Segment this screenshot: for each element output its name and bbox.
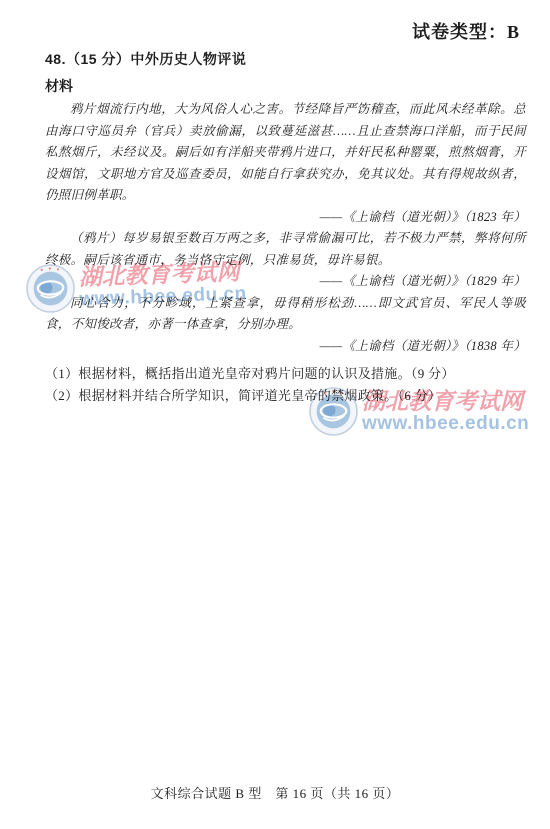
question-block: 48.（15 分）中外历史人物评说 材料 鸦片烟流行内地，大为风俗人心之害。节经…: [45, 49, 526, 407]
material-source: ——《上谕档（道光朝）》（1823 年）: [45, 207, 526, 229]
question-title: 48.（15 分）中外历史人物评说: [45, 49, 526, 69]
sub-question-2: （2）根据材料并结合所学知识，简评道光皇帝的禁烟政策。（6 分）: [45, 385, 526, 407]
material-text: 鸦片烟流行内地，大为风俗人心之害。节经降旨严饬稽查，而此风未经革除。总由海口守巡…: [45, 99, 526, 207]
sub-questions: （1）根据材料，概括指出道光皇帝对鸦片问题的认识及措施。（9 分） （2）根据材…: [45, 363, 526, 407]
material-3: 同心合力，不分畛域，上紧查拿，毋得稍形松劲……即文武官员、军民人等吸食，不知悛改…: [45, 293, 526, 358]
material-label: 材料: [45, 76, 526, 96]
material-2: （鸦片）每岁易银至数百万两之多，非寻常偷漏可比，若不极力严禁，弊将何所终极。嗣后…: [45, 228, 526, 293]
material-source: ——《上谕档（道光朝）》（1838 年）: [45, 336, 526, 358]
material-text: （鸦片）每岁易银至数百万两之多，非寻常偷漏可比，若不极力严禁，弊将何所终极。嗣后…: [45, 228, 526, 271]
exam-paper-page: 试卷类型：B 48.（15 分）中外历史人物评说 材料 鸦片烟流行内地，大为风俗…: [0, 0, 550, 829]
paper-type-label: 试卷类型：B: [412, 18, 520, 44]
sub-question-1: （1）根据材料，概括指出道光皇帝对鸦片问题的认识及措施。（9 分）: [45, 363, 526, 385]
watermark-site-url: www.hbee.edu.cn: [362, 414, 529, 433]
page-footer: 文科综合试题 B 型 第 16 页（共 16 页）: [0, 783, 550, 802]
material-source: ——《上谕档（道光朝）》（1829 年）: [45, 271, 526, 293]
material-text: 同心合力，不分畛域，上紧查拿，毋得稍形松劲……即文武官员、军民人等吸食，不知悛改…: [45, 293, 526, 336]
material-1: 鸦片烟流行内地，大为风俗人心之害。节经降旨严饬稽查，而此风未经革除。总由海口守巡…: [45, 99, 526, 228]
